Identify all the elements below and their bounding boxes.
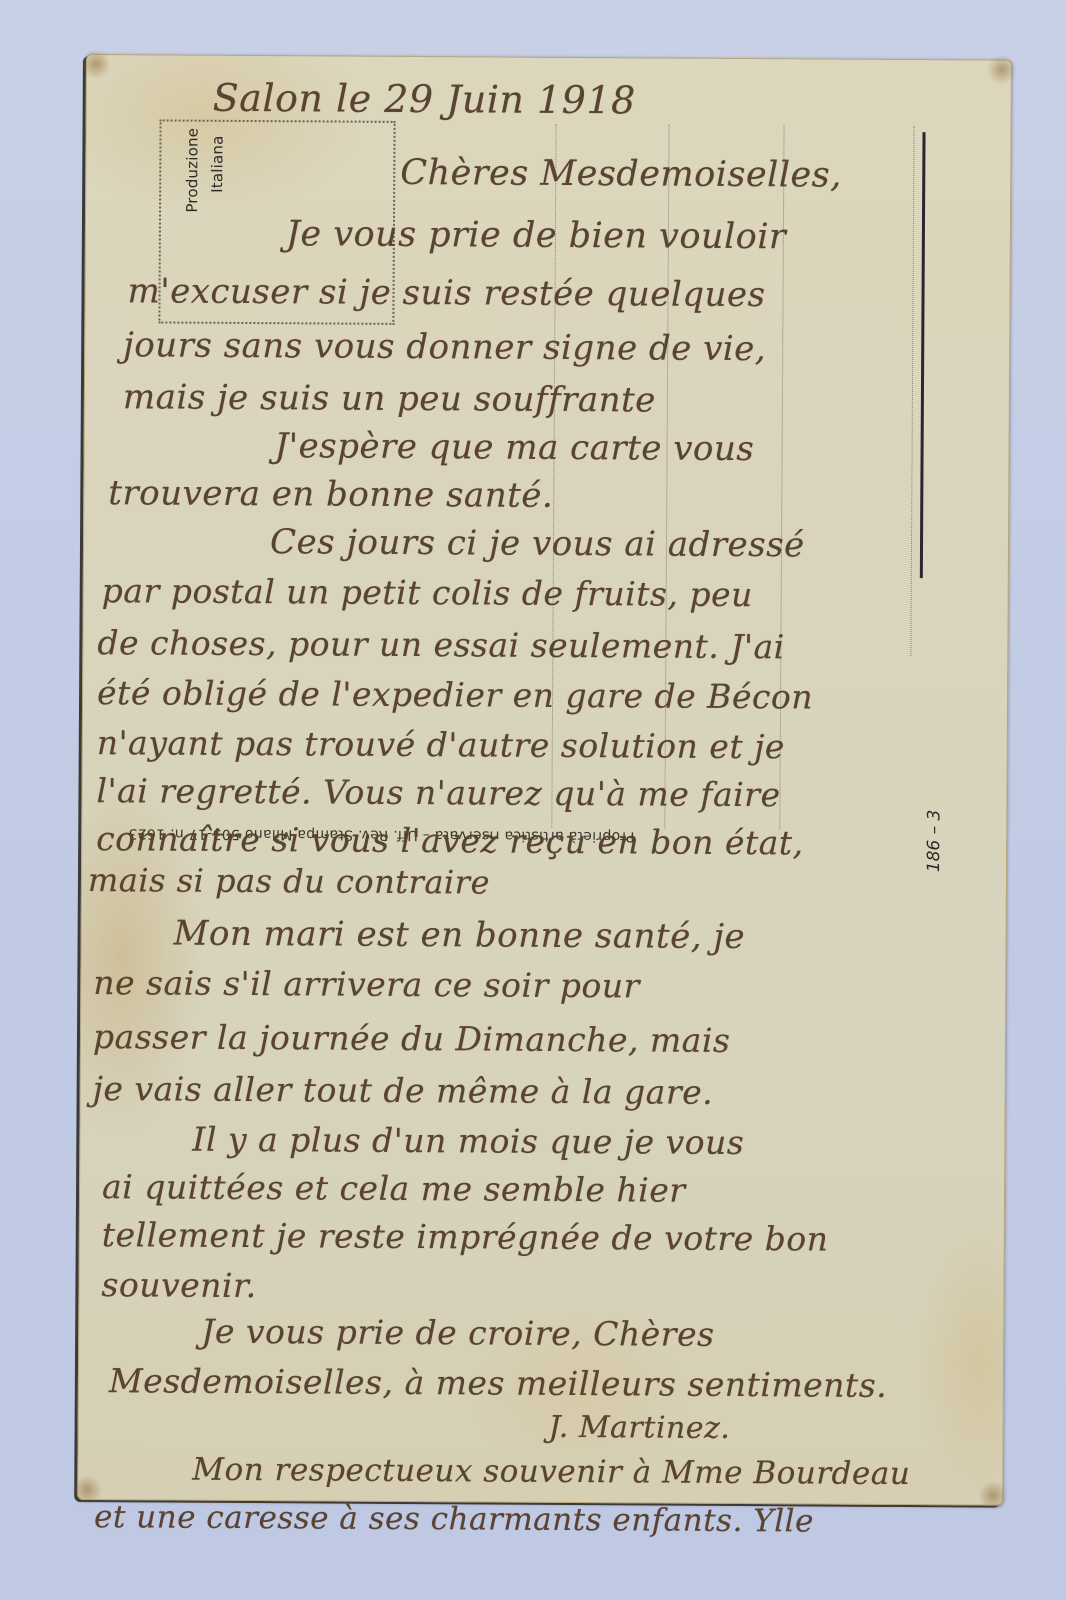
letter-closing: Je vous prie de croire, Chères	[201, 1312, 715, 1354]
letter-line: l'ai regretté. Vous n'aurez qu'à me fair…	[96, 771, 780, 814]
letter-line: souvenir.	[101, 1265, 256, 1305]
letter-line: je vais aller tout de même à la gare.	[93, 1069, 714, 1112]
letter-line: tellement je reste imprégnée de votre bo…	[102, 1215, 829, 1258]
corner-stain	[987, 55, 1017, 85]
letter-line: de choses, pour un essai seulement. J'ai	[97, 623, 785, 666]
letter-line: été obligé de l'expedier en gare de Béco…	[97, 673, 813, 716]
letter-closing: Mesdemoiselles, à mes meilleurs sentimen…	[109, 1361, 888, 1405]
letter-line: ne sais s'il arrivera ce soir pour	[93, 963, 640, 1005]
letter-line: Il y a plus d'un mois que je vous	[192, 1120, 744, 1162]
letter-signature: J. Martinez.	[549, 1410, 731, 1446]
dotted-guide-line	[910, 126, 914, 656]
letter-line: mais si pas du contraire	[88, 861, 490, 901]
letter-salutation: Chères Mesdemoiselles,	[400, 153, 842, 196]
letter-line: mais je suis un peu souffrante	[123, 377, 656, 420]
letter-line: trouvera en bonne santé.	[108, 473, 553, 516]
letter-line: Je vous prie de bien vouloir	[286, 214, 787, 257]
letter-line: Mon mari est en bonne santé, je	[174, 914, 746, 957]
letter-line: jours sans vous donner signe de vie,	[123, 325, 766, 369]
letter-line: J'espère que ma carte vous	[274, 426, 754, 469]
corner-stain	[978, 1480, 1008, 1510]
printed-edition-number: 186 – 3	[924, 810, 944, 873]
letter-line: par postal un petit colis de fruits, peu	[102, 571, 753, 614]
letter-postscript: Mon respectueux souvenir à Mme Bourdeau	[192, 1452, 910, 1492]
corner-stain	[81, 49, 111, 79]
printed-italiana: Italiana	[208, 135, 226, 192]
printed-produzione: Produzione	[183, 128, 202, 213]
letter-line: m'excuser si je suis restée quelques	[127, 271, 765, 315]
letter-line: Ces jours ci je vous ai adressé	[270, 522, 805, 565]
letter-line: n'ayant pas trouvé d'autre solution et j…	[97, 723, 785, 766]
letter-line: ai quittées et cela me semble hier	[102, 1167, 686, 1210]
letter-postscript: et une caresse à ses charmants enfants. …	[94, 1499, 814, 1539]
letter-line: passer la journée du Dimanche, mais	[93, 1017, 731, 1060]
address-divider-line	[920, 132, 926, 578]
letter-header-date: Salon le 29 Juin 1918	[213, 76, 636, 123]
postcard: Produzione Italiana Proprietà artistica …	[77, 54, 1012, 1506]
letter-line: connaître si vous l'avez reçu en bon éta…	[96, 819, 804, 862]
